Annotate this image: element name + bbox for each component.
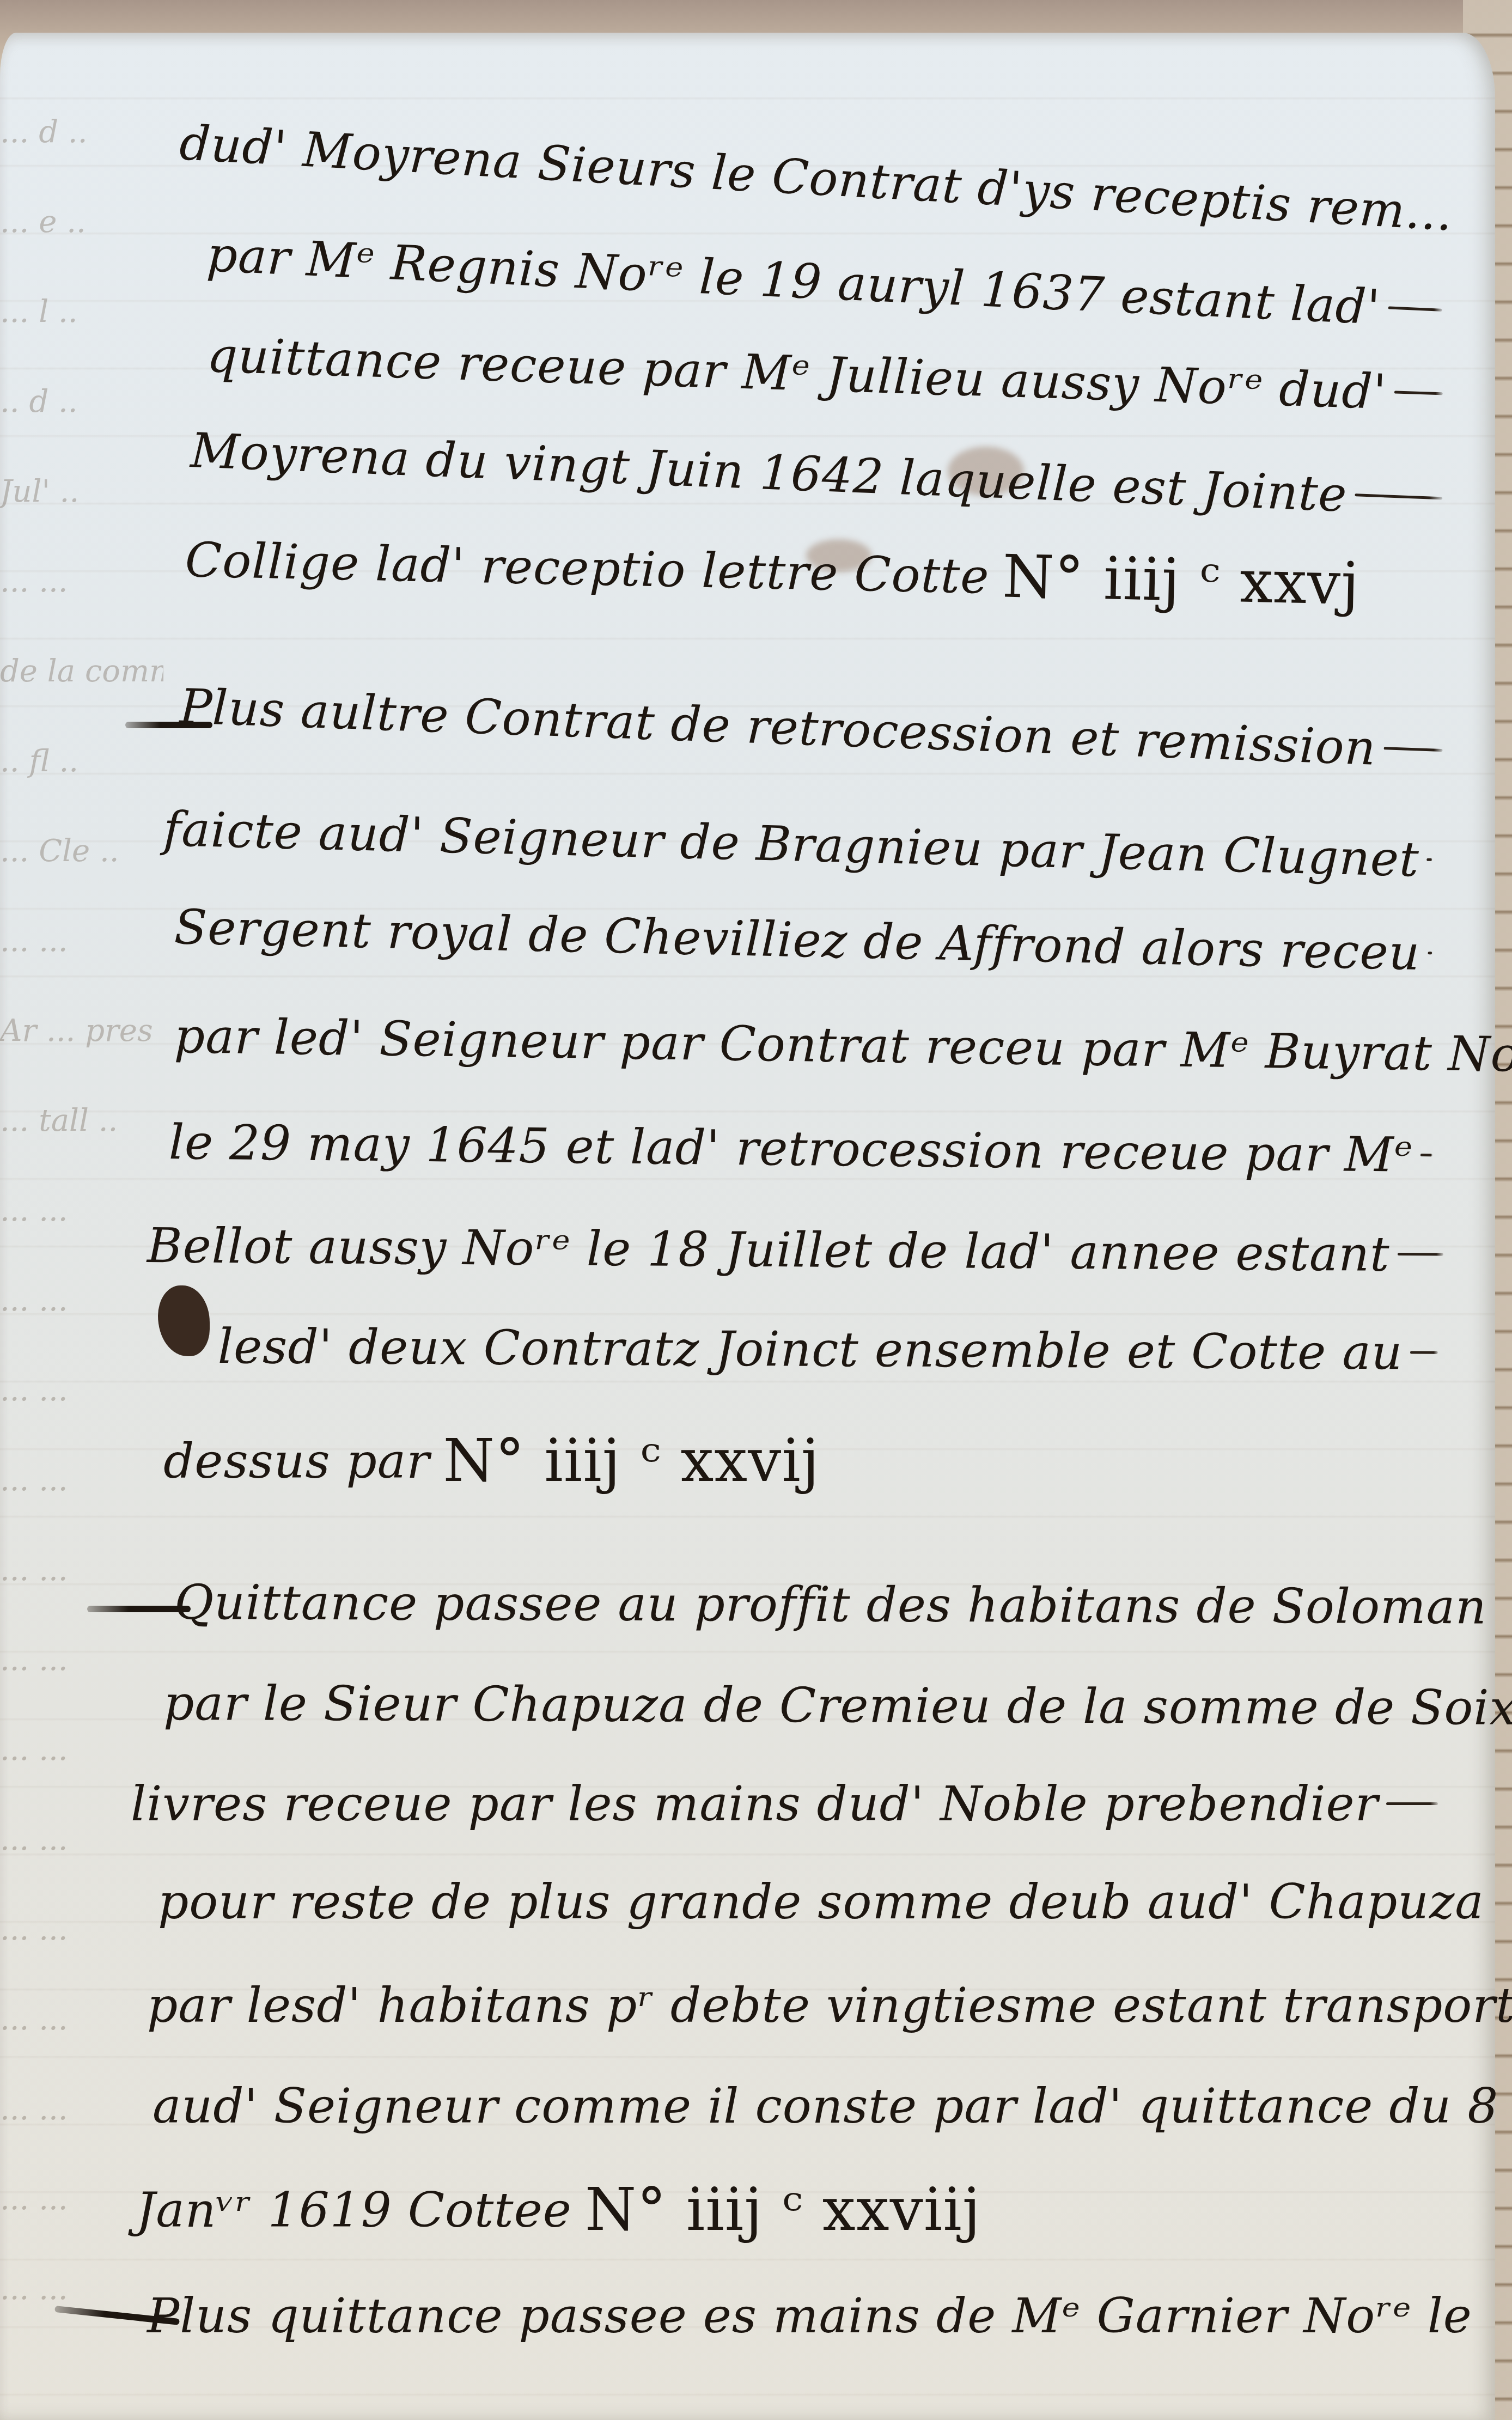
line-text: quittance receue par Mᵉ Jullieu aussy No… [206,327,1387,420]
text-line: Moyrena du vingt Juin 1642 laquelle est … [190,422,1443,526]
line-text: dessus par [163,1433,430,1489]
line-text: aud' Seigneur comme il conste par lad' q… [153,2078,1498,2134]
text-line: Sergent royal de Chevilliez de Affrond a… [174,899,1433,981]
line-text: par lesd' habitans pʳ debte vingtiesme e… [147,1977,1512,2033]
line-text: par le Sieur Chapuza de Cremieu de la so… [163,1675,1512,1736]
line-text: Janᵛʳ 1619 Cottee [136,2182,572,2238]
text-line: par Mᵉ Regnis Noʳᵉ le 19 auryl 1637 esta… [206,226,1443,338]
text-line: Collige lad' receptio lettre Cotte N° ii… [185,526,1438,620]
text-line: par lesd' habitans pʳ debte vingtiesme e… [147,1977,1443,2033]
line-text: Plus aultre Contrat de retrocession et r… [179,678,1377,776]
text-line: Janᵛʳ 1619 Cottee N° iiij ᶜ xxviij [136,2176,1171,2244]
line-text: Collige lad' receptio lettre Cotte [185,532,990,605]
line-filler-stroke [1394,391,1443,395]
text-line: Plus aultre Contrat de retrocession et r… [179,678,1443,778]
line-text: par Mᵉ Regnis Noʳᵉ le 19 auryl 1637 esta… [206,226,1382,336]
manuscript-page: ... d .. ... e .. ... l .. .. d .. Jul' … [0,33,1495,2420]
line-filler-stroke [1386,1802,1438,1805]
line-text: livres receue par les mains dud' Noble p… [131,1776,1379,1832]
line-filler-stroke [1397,1253,1443,1256]
text-line: dud' Moyrena Sieurs le Contrat d'ys rece… [178,114,1443,241]
line-text: pour reste de plus grande somme deub aud… [158,1874,1484,1930]
line-text: le 29 may 1645 et lad' retrocession rece… [168,1114,1413,1183]
text-line: Bellot aussy Noʳᵉ le 18 Juillet de lad' … [147,1217,1444,1283]
line-text: Sergent royal de Chevilliez de Affrond a… [174,899,1421,981]
line-text: Plus quittance passee es mains de Mᵉ Gar… [147,2288,1472,2344]
manuscript-text: dud' Moyrena Sieurs le Contrat d'ys rece… [0,33,1495,2420]
line-filler-stroke [1355,493,1442,499]
text-line: par le Sieur Chapuza de Cremieu de la so… [163,1675,1438,1735]
text-line: livres receue par les mains dud' Noble p… [131,1776,1438,1832]
line-filler-stroke [1426,858,1432,861]
line-text: Bellot aussy Noʳᵉ le 18 Juillet de lad' … [147,1217,1390,1282]
text-line: faicte aud' Seigneur de Bragnieu par Jea… [163,801,1433,888]
text-line: par led' Seigneur par Contrat receu par … [174,1008,1432,1081]
line-text: dud' Moyrena Sieurs le Contrat d'ys rece… [178,114,1454,242]
line-filler-stroke [1420,1154,1432,1156]
line-filler-stroke [1383,747,1442,752]
line-filler-stroke [1410,1351,1438,1354]
text-line: Plus quittance passee es mains de Mᵉ Gar… [147,2288,1443,2344]
line-text: Quittance passee au proffit des habitans… [174,1574,1487,1635]
line-filler-stroke [1388,306,1442,312]
text-line: pour reste de plus grande somme deub aud… [158,1874,1443,1930]
text-line: dessus par N° iiij ᶜ xxvij [163,1427,1253,1495]
cote-number: N° iiij ᶜ xxvij [443,1427,820,1495]
line-text: Moyrena du vingt Juin 1642 laquelle est … [190,422,1348,523]
text-line: Quittance passee au proffit des habitans… [174,1574,1438,1635]
text-line: le 29 may 1645 et lad' retrocession rece… [168,1114,1432,1183]
text-line: quittance receue par Mᵉ Jullieu aussy No… [206,327,1443,422]
cote-number: N° iiij ᶜ xxvj [1002,542,1361,618]
line-text: par led' Seigneur par Contrat receu par … [174,1008,1512,1083]
line-text: lesd' deux Contratz Joinct ensemble et C… [218,1318,1403,1380]
line-filler-stroke [1428,952,1432,954]
cote-number: N° iiij ᶜ xxviij [585,2176,981,2244]
text-line: aud' Seigneur comme il conste par lad' q… [153,2078,1438,2134]
text-line: lesd' deux Contratz Joinct ensemble et C… [218,1318,1438,1381]
line-text: faicte aud' Seigneur de Bragnieu par Jea… [163,801,1420,887]
